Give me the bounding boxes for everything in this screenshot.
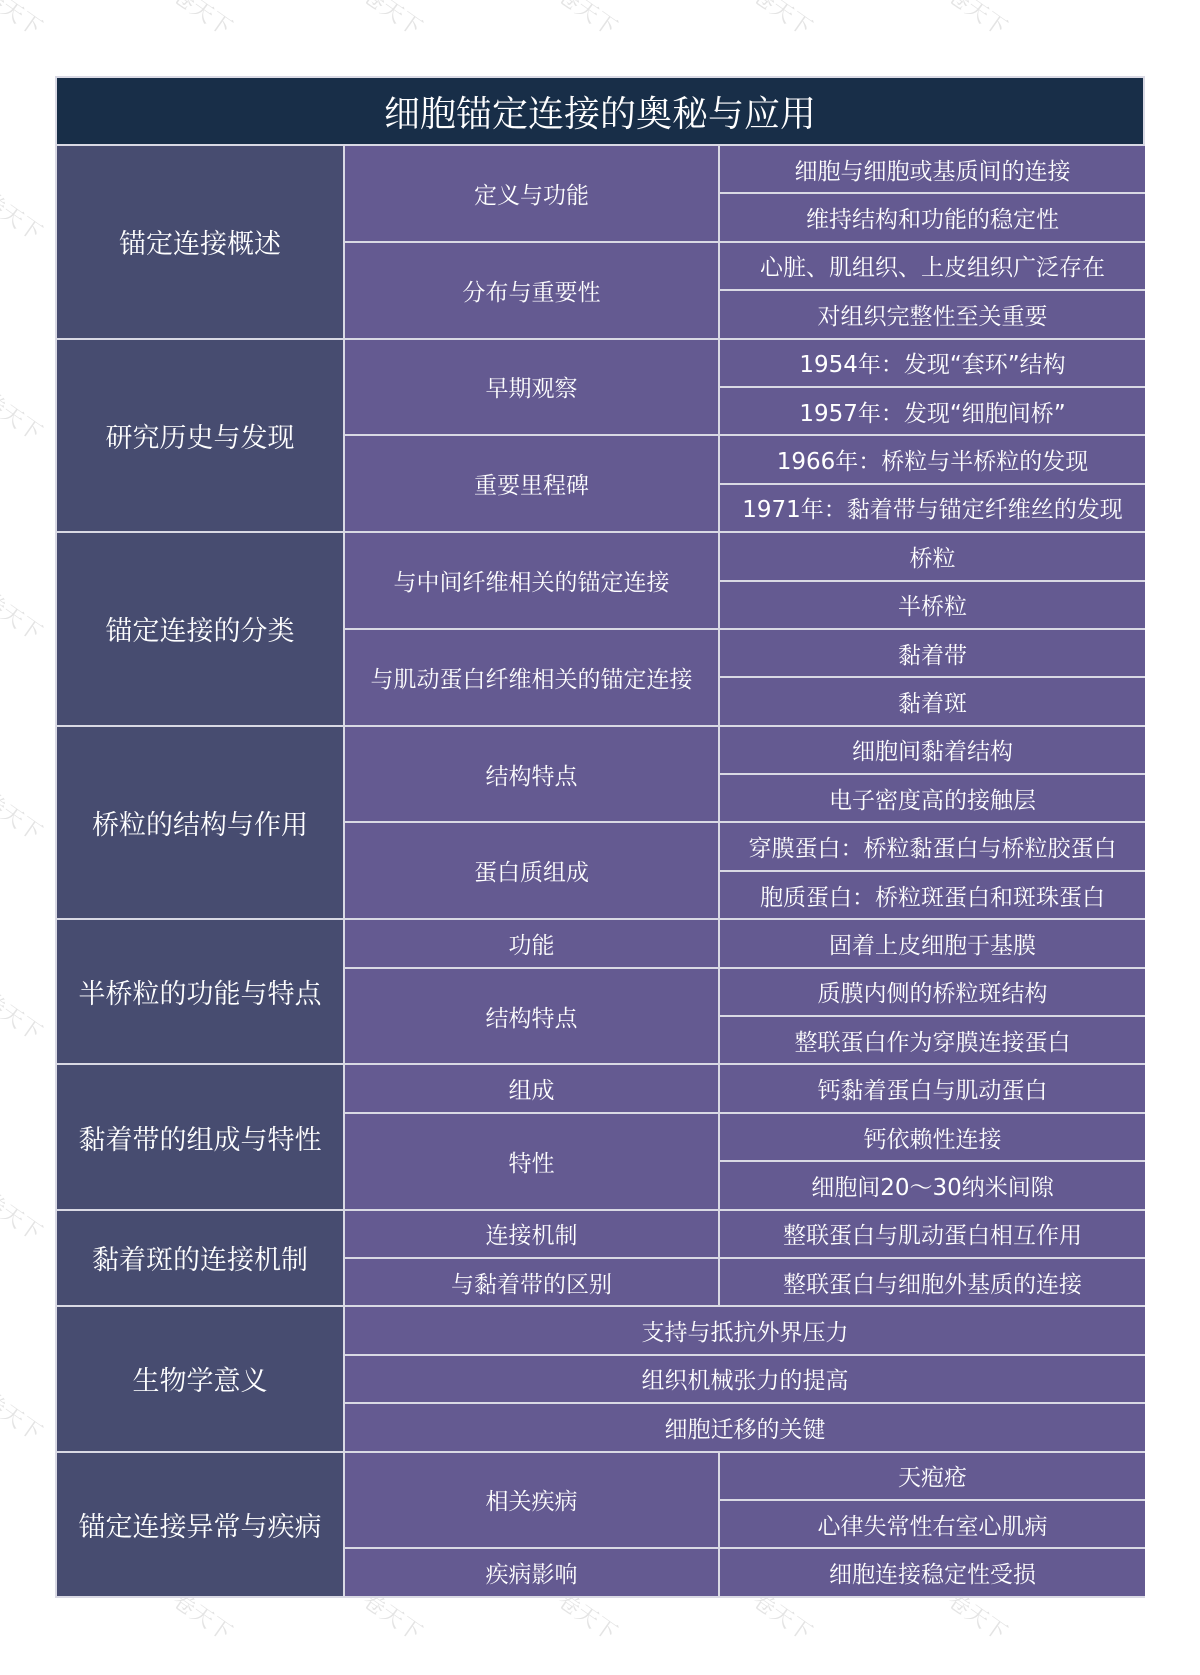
watermark-text: 卷天下 [0,784,49,847]
subsection-label: 与肌动蛋白纤维相关的锚定连接 [345,630,718,725]
mindmap-table: 细胞锚定连接的奥秘与应用 锚定连接概述定义与功能细胞与细胞或基质间的连接维持结构… [55,76,1145,1598]
detail-item: 细胞与细胞或基质间的连接 [720,146,1145,192]
watermark-text: 卷天下 [0,184,49,247]
watermark-text: 卷天下 [357,0,429,42]
detail-item: 细胞间20～30纳米间隙 [720,1162,1145,1208]
section-label: 黏着带的组成与特性 [57,1065,343,1208]
subsection-label: 结构特点 [345,727,718,822]
detail-item: 细胞间黏着结构 [720,727,1145,773]
watermark-text: 卷天下 [0,1184,49,1247]
subsection-label: 早期观察 [345,340,718,435]
detail-item: 细胞迁移的关键 [345,1404,1145,1450]
section-label: 锚定连接概述 [57,146,343,338]
subsection-label: 重要里程碑 [345,436,718,531]
subsection-label: 与黏着带的区别 [345,1259,718,1305]
section-label: 锚定连接异常与疾病 [57,1453,343,1596]
section-label: 半桥粒的功能与特点 [57,920,343,1063]
detail-item: 心脏、肌组织、上皮组织广泛存在 [720,243,1145,289]
subsection-label: 结构特点 [345,969,718,1064]
detail-item: 黏着带 [720,630,1145,676]
subsection-label: 功能 [345,920,718,966]
subsection-label: 疾病影响 [345,1549,718,1595]
watermark-text: 卷天下 [167,0,239,42]
detail-item: 维持结构和功能的稳定性 [720,194,1145,240]
detail-item: 天疱疮 [720,1453,1145,1499]
subsection-label: 定义与功能 [345,146,718,241]
detail-item: 对组织完整性至关重要 [720,291,1145,337]
detail-item: 1966年：桥粒与半桥粒的发现 [720,436,1145,482]
content-grid: 锚定连接概述定义与功能细胞与细胞或基质间的连接维持结构和功能的稳定性分布与重要性… [57,146,1143,1596]
subsection-label: 相关疾病 [345,1453,718,1548]
section-label: 桥粒的结构与作用 [57,727,343,919]
detail-item: 整联蛋白与细胞外基质的连接 [720,1259,1145,1305]
detail-item: 桥粒 [720,533,1145,579]
detail-item: 钙依赖性连接 [720,1114,1145,1160]
detail-item: 半桥粒 [720,582,1145,628]
detail-item: 1957年：发现“细胞间桥” [720,388,1145,434]
detail-item: 心律失常性右室心肌病 [720,1501,1145,1547]
watermark-text: 卷天下 [0,0,49,42]
watermark-text: 卷天下 [0,384,49,447]
detail-item: 组织机械张力的提高 [345,1356,1145,1402]
watermark-text: 卷天下 [942,0,1014,42]
detail-item: 黏着斑 [720,678,1145,724]
subsection-label: 特性 [345,1114,718,1209]
subsection-label: 与中间纤维相关的锚定连接 [345,533,718,628]
section-label: 锚定连接的分类 [57,533,343,725]
section-label: 研究历史与发现 [57,340,343,532]
page-title: 细胞锚定连接的奥秘与应用 [57,78,1143,146]
detail-item: 质膜内侧的桥粒斑结构 [720,969,1145,1015]
subsection-label: 分布与重要性 [345,243,718,338]
watermark-text: 卷天下 [0,984,49,1047]
detail-item: 电子密度高的接触层 [720,775,1145,821]
detail-item: 钙黏着蛋白与肌动蛋白 [720,1065,1145,1111]
section-label: 生物学意义 [57,1307,343,1450]
subsection-label: 蛋白质组成 [345,823,718,918]
section-label: 黏着斑的连接机制 [57,1211,343,1306]
subsection-label: 组成 [345,1065,718,1111]
watermark-text: 卷天下 [0,1384,49,1447]
subsection-label: 连接机制 [345,1211,718,1257]
detail-item: 固着上皮细胞于基膜 [720,920,1145,966]
watermark-text: 卷天下 [552,0,624,42]
detail-item: 1954年：发现“套环”结构 [720,340,1145,386]
detail-item: 整联蛋白与肌动蛋白相互作用 [720,1211,1145,1257]
detail-item: 细胞连接稳定性受损 [720,1549,1145,1595]
detail-item: 整联蛋白作为穿膜连接蛋白 [720,1017,1145,1063]
watermark-text: 卷天下 [747,0,819,42]
detail-item: 支持与抵抗外界压力 [345,1307,1145,1353]
watermark-text: 卷天下 [0,584,49,647]
detail-item: 1971年：黏着带与锚定纤维丝的发现 [720,485,1145,531]
detail-item: 胞质蛋白：桥粒斑蛋白和斑珠蛋白 [720,872,1145,918]
detail-item: 穿膜蛋白：桥粒黏蛋白与桥粒胶蛋白 [720,823,1145,869]
